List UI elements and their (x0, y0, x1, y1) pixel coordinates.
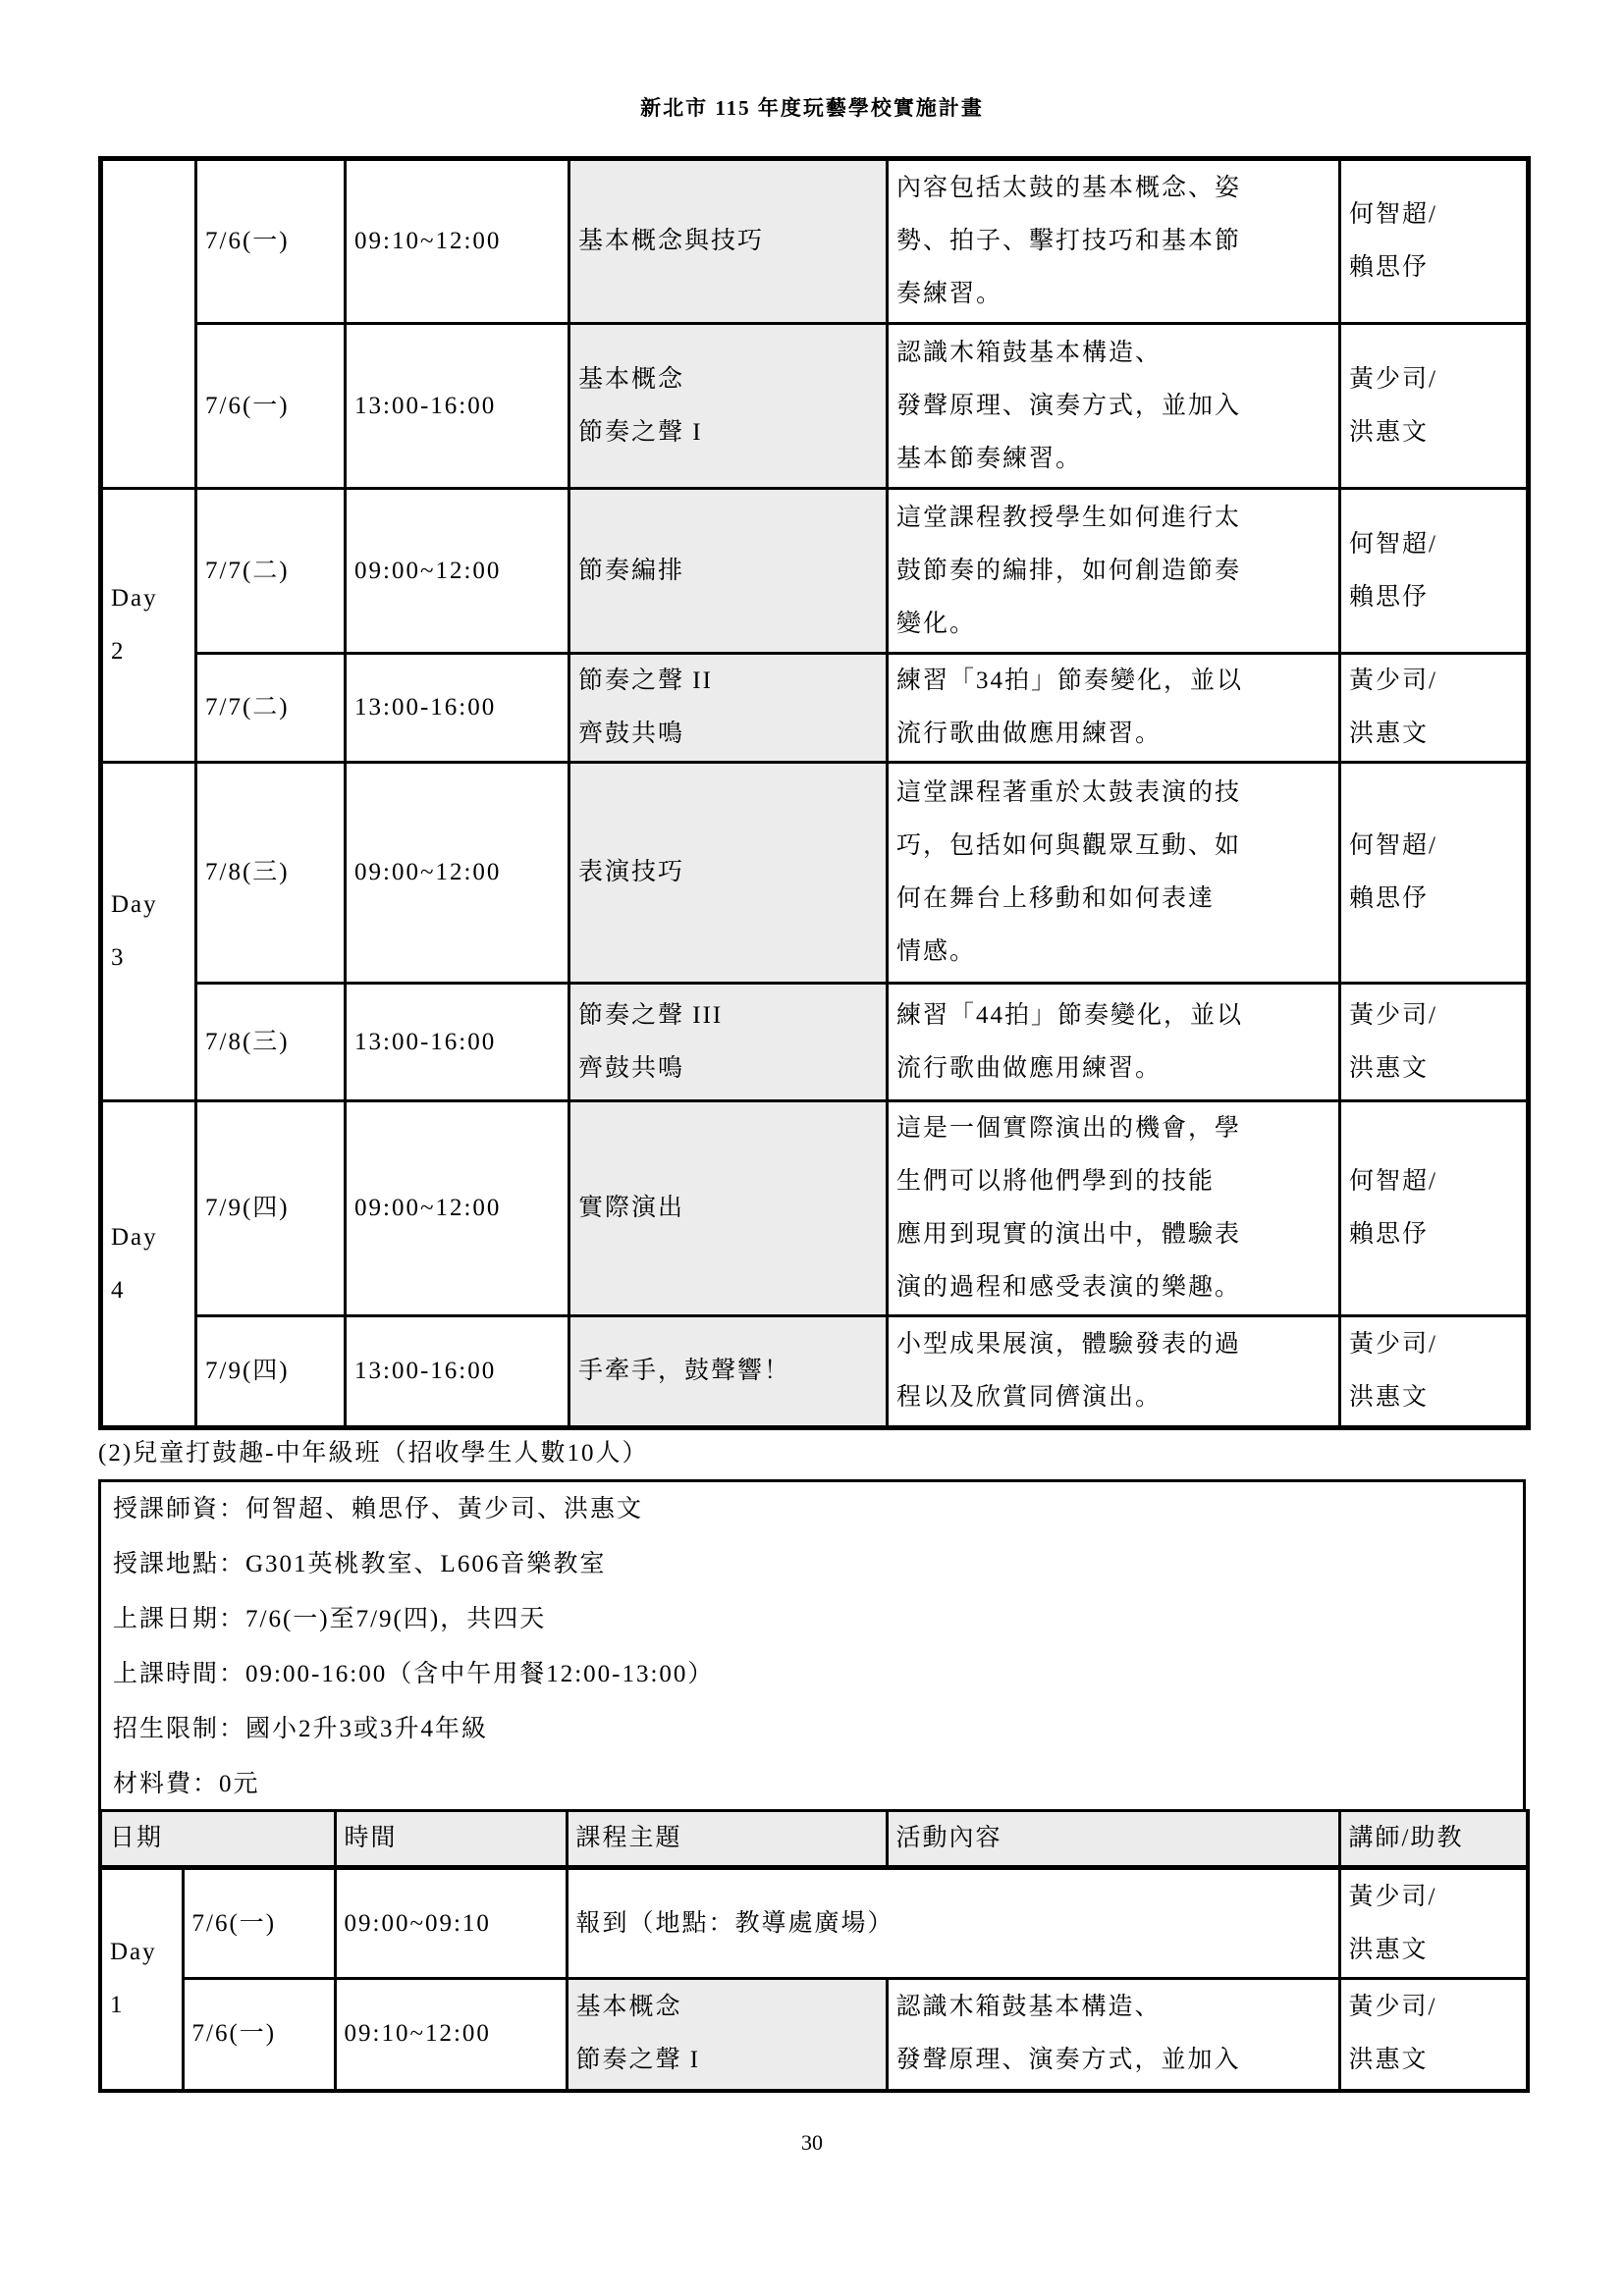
instructor-cell: 黃少司/ 洪惠文 (1340, 654, 1529, 763)
day-cell: Day 2 (101, 489, 196, 763)
instructor-cell: 黃少司/ 洪惠文 (1339, 1868, 1528, 1979)
date-cell: 7/6(一) (196, 324, 346, 489)
instructor-cell: 何智超/ 賴思伃 (1340, 763, 1529, 984)
activity-cell: 這是一個實際演出的機會，學 生們可以將他們學到的技能 應用到現實的演出中，體驗表… (888, 1101, 1340, 1316)
day-cell: Day 1 (100, 1868, 183, 2091)
date-cell: 7/6(一) (183, 1979, 335, 2091)
date-cell: 7/9(四) (196, 1316, 346, 1428)
activity-cell: 認識木箱鼓基本構造、 發聲原理、演奏方式，並加入 基本節奏練習。 (888, 324, 1340, 489)
activity-cell: 這堂課程教授學生如何進行太 鼓節奏的編排，如何創造節奏 變化。 (888, 489, 1340, 654)
course-info-box: 授課師資：何智超、賴思伃、黃少司、洪惠文 授課地點：G301英桃教室、L606音… (98, 1479, 1526, 1809)
header-activity: 活動內容 (887, 1811, 1339, 1868)
date-cell: 7/8(三) (196, 763, 346, 984)
section-heading: (2)兒童打鼓趣-中年級班（招收學生人數10人） (98, 1433, 648, 1468)
day-cell: Day 4 (101, 1101, 196, 1428)
page-number: 30 (0, 2130, 1624, 2156)
time-cell: 09:10~12:00 (335, 1979, 567, 2091)
instructor-cell: 黃少司/ 洪惠文 (1340, 984, 1529, 1101)
date-cell: 7/7(二) (196, 489, 346, 654)
header-instructor: 講師/助教 (1339, 1811, 1528, 1868)
time-cell: 13:00-16:00 (346, 1316, 569, 1428)
header-topic: 課程主題 (567, 1811, 887, 1868)
topic-cell: 表演技巧 (569, 763, 888, 984)
document-page: 新北市 115 年度玩藝學校實施計畫 7/6(一) 09:10~12:00 基本… (0, 0, 1624, 2296)
topic-cell: 手牽手，鼓聲響！ (569, 1316, 888, 1428)
time-cell: 09:00~09:10 (335, 1868, 567, 1979)
header-date: 日期 (100, 1811, 335, 1868)
info-line-hours: 上課時間：09:00-16:00（含中午用餐12:00-13:00） (101, 1647, 1523, 1702)
topic-cell: 節奏之聲 II 齊鼓共鳴 (569, 654, 888, 763)
time-cell: 13:00-16:00 (346, 654, 569, 763)
info-line-dates: 上課日期：7/6(一)至7/9(四)，共四天 (101, 1592, 1523, 1647)
topic-cell: 節奏編排 (569, 489, 888, 654)
time-cell: 09:00~12:00 (346, 489, 569, 654)
day-cell (101, 159, 196, 489)
time-cell: 09:00~12:00 (346, 1101, 569, 1316)
activity-cell: 練習「44拍」節奏變化，並以 流行歌曲做應用練習。 (888, 984, 1340, 1101)
header-time: 時間 (335, 1811, 567, 1868)
date-cell: 7/9(四) (196, 1101, 346, 1316)
activity-cell: 練習「34拍」節奏變化，並以 流行歌曲做應用練習。 (888, 654, 1340, 763)
activity-cell: 這堂課程著重於太鼓表演的技 巧，包括如何與觀眾互動、如 何在舞台上移動和如何表達… (888, 763, 1340, 984)
time-cell: 09:00~12:00 (346, 763, 569, 984)
instructor-cell: 何智超/ 賴思伃 (1340, 1101, 1529, 1316)
page-title: 新北市 115 年度玩藝學校實施計畫 (0, 92, 1624, 122)
topic-cell: 基本概念 節奏之聲 I (567, 1979, 887, 2091)
instructor-cell: 何智超/ 賴思伃 (1340, 159, 1529, 324)
instructor-cell: 黃少司/ 洪惠文 (1339, 1979, 1528, 2091)
date-cell: 7/6(一) (183, 1868, 335, 1979)
activity-cell: 內容包括太鼓的基本概念、姿 勢、拍子、擊打技巧和基本節 奏練習。 (888, 159, 1340, 324)
instructor-cell: 黃少司/ 洪惠文 (1340, 324, 1529, 489)
time-cell: 13:00-16:00 (346, 984, 569, 1101)
topic-cell: 基本概念與技巧 (569, 159, 888, 324)
activity-cell: 小型成果展演，體驗發表的過 程以及欣賞同儕演出。 (888, 1316, 1340, 1428)
date-cell: 7/6(一) (196, 159, 346, 324)
topic-cell: 基本概念 節奏之聲 I (569, 324, 888, 489)
instructor-cell: 黃少司/ 洪惠文 (1340, 1316, 1529, 1428)
date-cell: 7/7(二) (196, 654, 346, 763)
info-line-location: 授課地點：G301英桃教室、L606音樂教室 (101, 1537, 1523, 1592)
checkin-cell: 報到（地點：教導處廣場） (567, 1868, 1339, 1979)
schedule-table-1: 7/6(一) 09:10~12:00 基本概念與技巧 內容包括太鼓的基本概念、姿… (98, 156, 1531, 1430)
info-line-restriction: 招生限制：國小2升3或3升4年級 (101, 1702, 1523, 1757)
topic-cell: 節奏之聲 III 齊鼓共鳴 (569, 984, 888, 1101)
info-line-teachers: 授課師資：何智超、賴思伃、黃少司、洪惠文 (101, 1482, 1523, 1537)
instructor-cell: 何智超/ 賴思伃 (1340, 489, 1529, 654)
time-cell: 09:10~12:00 (346, 159, 569, 324)
schedule-table-2: 日期 時間 課程主題 活動內容 講師/助教 Day 1 7/6(一) 09:00… (98, 1809, 1530, 2093)
day-cell: Day 3 (101, 763, 196, 1101)
activity-cell: 認識木箱鼓基本構造、 發聲原理、演奏方式，並加入 (887, 1979, 1339, 2091)
topic-cell: 實際演出 (569, 1101, 888, 1316)
time-cell: 13:00-16:00 (346, 324, 569, 489)
info-line-material-fee: 材料費：0元 (101, 1757, 1523, 1812)
date-cell: 7/8(三) (196, 984, 346, 1101)
